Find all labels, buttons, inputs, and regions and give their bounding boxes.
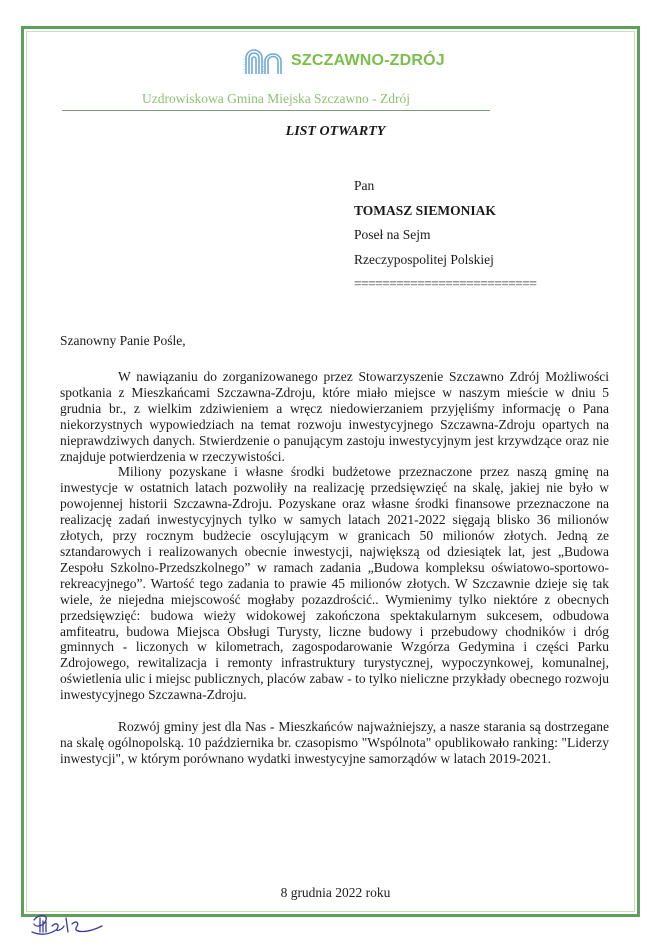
- recipient-institution: Rzeczypospolitej Polskiej: [354, 248, 536, 273]
- paragraph: Rozwój gminy jest dla Nas - Mieszkańców …: [60, 719, 609, 767]
- recipient-salutation: Pan: [354, 174, 536, 199]
- handwritten-signature-icon: [30, 912, 110, 938]
- letter-date: 8 grudnia 2022 roku: [0, 885, 671, 901]
- letterhead-subtitle: Uzdrowiskowa Gmina Miejska Szczawno - Zd…: [62, 91, 490, 111]
- paragraph: W nawiązaniu do zorganizowanego przez St…: [60, 369, 609, 464]
- greeting: Szanowny Panie Pośle,: [60, 333, 186, 349]
- letter-body: W nawiązaniu do zorganizowanego przez St…: [60, 369, 609, 767]
- document-title: LIST OTWARTY: [0, 124, 671, 140]
- paragraph: Miliony pozyskane i własne środki budżet…: [60, 464, 609, 703]
- letterhead-logo: SZCZAWNO-ZDRÓJ: [243, 47, 445, 75]
- recipient-position: Poseł na Sejm: [354, 223, 536, 248]
- recipient-address: Pan TOMASZ SIEMONIAK Poseł na Sejm Rzecz…: [354, 174, 536, 297]
- recipient-name: TOMASZ SIEMONIAK: [354, 199, 536, 224]
- fountain-arches-icon: [243, 47, 285, 75]
- address-separator: ==========================: [354, 272, 536, 297]
- logo-text: SZCZAWNO-ZDRÓJ: [291, 52, 445, 70]
